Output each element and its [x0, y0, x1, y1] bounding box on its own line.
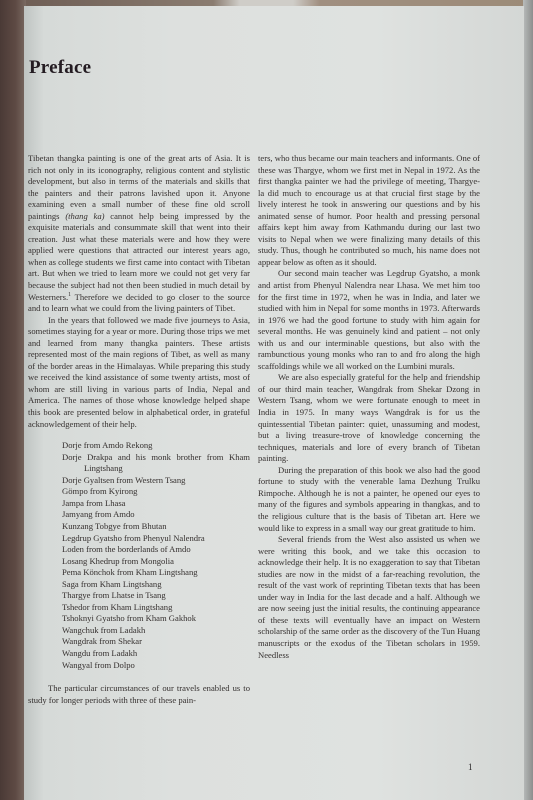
right-column: ters, who thus became our main teachers …: [258, 153, 480, 661]
list-item: Dorje Drakpa and his monk brother from K…: [62, 452, 250, 475]
page-title: Preface: [29, 57, 91, 79]
page-right-edge: [523, 0, 533, 800]
list-item: Pema Könchok from Kham Lingtshang: [62, 567, 250, 579]
list-item: Wangyal from Dolpo: [62, 660, 250, 672]
list-item: Gömpo from Kyirong: [62, 486, 250, 498]
book-page: Preface Tibetan thangka painting is one …: [24, 6, 524, 800]
list-item: Wangdu from Ladakh: [62, 648, 250, 660]
list-item: Tshoknyi Gyatsho from Kham Gakhok: [62, 613, 250, 625]
left-column: Tibetan thangka painting is one of the g…: [28, 153, 250, 706]
list-item: Wangdrak from Shekar: [62, 636, 250, 648]
book-spine: [0, 0, 26, 800]
list-item: Loden from the borderlands of Amdo: [62, 544, 250, 556]
list-item: Kunzang Tobgye from Bhutan: [62, 521, 250, 533]
paragraph-intro: Tibetan thangka painting is one of the g…: [28, 153, 250, 315]
paragraph-circumstances: The particular circumstances of our trav…: [28, 683, 250, 706]
list-item: Dorje Gyaltsen from Western Tsang: [62, 475, 250, 487]
page-number: 1: [468, 762, 473, 772]
paragraph-legdrup: Our second main teacher was Legdrup Gyat…: [258, 268, 480, 372]
paragraph-wangdrak: We are also especially grateful for the …: [258, 372, 480, 464]
list-item: Thargye from Lhatse in Tsang: [62, 590, 250, 602]
paragraph-dezhung: During the preparation of this book we a…: [258, 465, 480, 534]
artist-names-list: Dorje from Amdo Rekong Dorje Drakpa and …: [62, 440, 250, 671]
list-item: Jamyang from Amdo: [62, 509, 250, 521]
list-item: Dorje from Amdo Rekong: [62, 440, 250, 452]
list-item: Losang Khedrup from Mongolia: [62, 556, 250, 568]
list-item: Wangchuk from Ladakh: [62, 625, 250, 637]
list-item: Jampa from Lhasa: [62, 498, 250, 510]
list-item: Tshedor from Kham Lingtshang: [62, 602, 250, 614]
list-item: Legdrup Gyatsho from Phenyul Nalendra: [62, 533, 250, 545]
list-item: Saga from Kham Lingtshang: [62, 579, 250, 591]
paragraph-western-friends: Several friends from the West also assis…: [258, 534, 480, 661]
paragraph-journeys: In the years that followed we made five …: [28, 315, 250, 430]
paragraph-thargye: ters, who thus became our main teachers …: [258, 153, 480, 268]
tibetan-term: (thang ka): [65, 211, 104, 221]
